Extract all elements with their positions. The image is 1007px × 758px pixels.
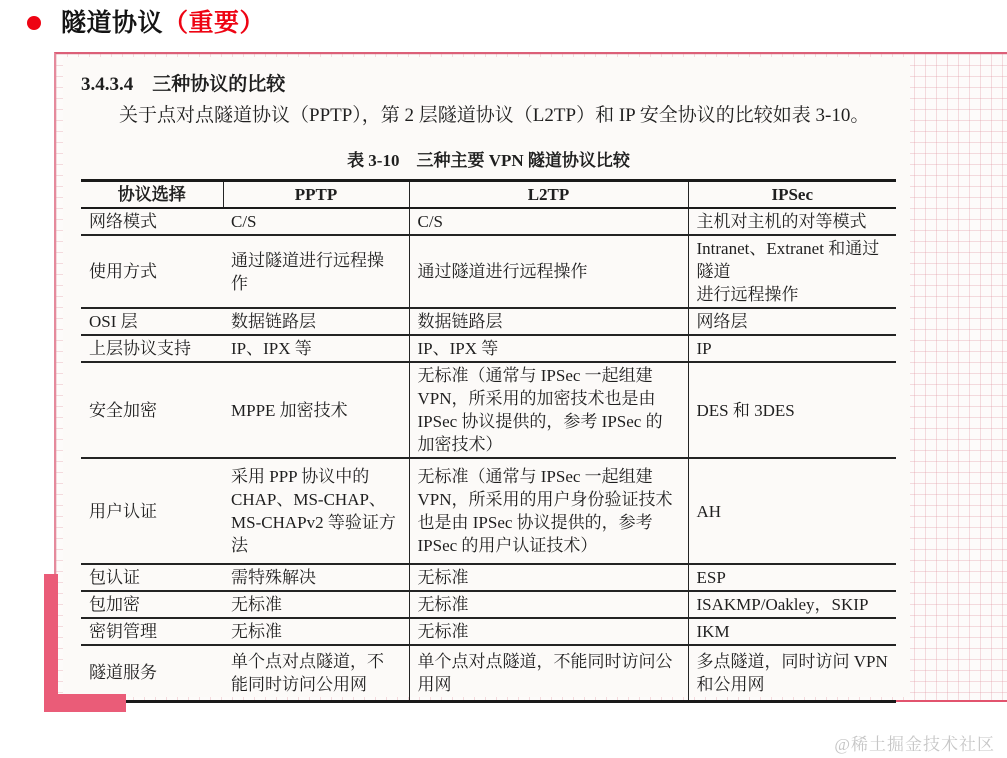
table-cell: 通过隧道进行远程操作 bbox=[409, 235, 688, 308]
table-row: 上层协议支持 IP、IPX 等 IP、IPX 等 IP bbox=[81, 335, 896, 362]
row-header: 网络模式 bbox=[81, 208, 223, 235]
row-header: 使用方式 bbox=[81, 235, 223, 308]
row-header: 安全加密 bbox=[81, 362, 223, 458]
table-row: 密钥管理 无标准 无标准 IKM bbox=[81, 618, 896, 645]
row-header: OSI 层 bbox=[81, 308, 223, 335]
scanned-page: 3.4.3.4 三种协议的比较 关于点对点隧道协议（PPTP），第 2 层隧道协… bbox=[63, 57, 910, 697]
vpn-protocol-comparison-table: 协议选择 PPTP L2TP IPSec 网络模式 C/S C/S 主机对主机的… bbox=[81, 179, 896, 703]
table-cell: IKM bbox=[688, 618, 896, 645]
corner-accent-vertical bbox=[44, 574, 58, 712]
table-cell: C/S bbox=[223, 208, 409, 235]
table-header-row: 协议选择 PPTP L2TP IPSec bbox=[81, 181, 896, 209]
table-cell: 数据链路层 bbox=[223, 308, 409, 335]
table-cell: ISAKMP/Oakley，SKIP bbox=[688, 591, 896, 618]
table-row: 安全加密 MPPE 加密技术 无标准（通常与 IPSec 一起组建 VPN，所采… bbox=[81, 362, 896, 458]
corner-accent-horizontal bbox=[44, 694, 126, 712]
table-cell: 单个点对点隧道，不能同时访问公用网 bbox=[223, 645, 409, 701]
page-title-highlight: （重要） bbox=[163, 9, 265, 37]
intro-paragraph: 关于点对点隧道协议（PPTP），第 2 层隧道协议（L2TP）和 IP 安全协议… bbox=[81, 100, 896, 131]
row-header: 用户认证 bbox=[81, 458, 223, 564]
table-cell: IP、IPX 等 bbox=[409, 335, 688, 362]
table-row: 网络模式 C/S C/S 主机对主机的对等模式 bbox=[81, 208, 896, 235]
section-heading: 3.4.3.4 三种协议的比较 bbox=[81, 69, 896, 96]
bullet-icon bbox=[27, 16, 41, 30]
table-cell: 无标准 bbox=[223, 618, 409, 645]
table-cell: 无标准 bbox=[223, 591, 409, 618]
table-cell: AH bbox=[688, 458, 896, 564]
table-cell: 通过隧道进行远程操作 bbox=[223, 235, 409, 308]
column-header: IPSec bbox=[688, 181, 896, 209]
table-row: 包认证 需特殊解决 无标准 ESP bbox=[81, 564, 896, 591]
table-cell: 单个点对点隧道，不能同时访问公用网 bbox=[409, 645, 688, 701]
table-cell: 无标准（通常与 IPSec 一起组建 VPN，所采用的用户身份验证技术也是由 I… bbox=[409, 458, 688, 564]
table-row: 隧道服务 单个点对点隧道，不能同时访问公用网 单个点对点隧道，不能同时访问公用网… bbox=[81, 645, 896, 701]
table-cell: 主机对主机的对等模式 bbox=[688, 208, 896, 235]
table-cell: IP bbox=[688, 335, 896, 362]
table-cell: ESP bbox=[688, 564, 896, 591]
table-cell: 无标准（通常与 IPSec 一起组建 VPN，所采用的加密技术也是由 IPSec… bbox=[409, 362, 688, 458]
page-title: 隧道协议（重要） bbox=[61, 7, 265, 39]
table-cell: C/S bbox=[409, 208, 688, 235]
table-cell: DES 和 3DES bbox=[688, 362, 896, 458]
table-cell: 无标准 bbox=[409, 618, 688, 645]
table-cell: Intranet、Extranet 和通过隧道 进行远程操作 bbox=[688, 235, 896, 308]
row-header: 密钥管理 bbox=[81, 618, 223, 645]
content-panel: 3.4.3.4 三种协议的比较 关于点对点隧道协议（PPTP），第 2 层隧道协… bbox=[54, 52, 1007, 702]
column-header: PPTP bbox=[223, 181, 409, 209]
row-header: 隧道服务 bbox=[81, 645, 223, 701]
table-cell: 采用 PPP 协议中的 CHAP、MS-CHAP、MS-CHAPv2 等验证方法 bbox=[223, 458, 409, 564]
column-header: 协议选择 bbox=[81, 181, 223, 209]
table-row: 使用方式 通过隧道进行远程操作 通过隧道进行远程操作 Intranet、Extr… bbox=[81, 235, 896, 308]
row-header: 包认证 bbox=[81, 564, 223, 591]
watermark: @稀土掘金技术社区 bbox=[834, 730, 995, 755]
table-row: 用户认证 采用 PPP 协议中的 CHAP、MS-CHAP、MS-CHAPv2 … bbox=[81, 458, 896, 564]
table-cell: 网络层 bbox=[688, 308, 896, 335]
table-cell: 数据链路层 bbox=[409, 308, 688, 335]
row-header: 上层协议支持 bbox=[81, 335, 223, 362]
table-row: OSI 层 数据链路层 数据链路层 网络层 bbox=[81, 308, 896, 335]
column-header: L2TP bbox=[409, 181, 688, 209]
table-cell: 无标准 bbox=[409, 564, 688, 591]
table-cell: 多点隧道，同时访问 VPN 和公用网 bbox=[688, 645, 896, 701]
row-header: 包加密 bbox=[81, 591, 223, 618]
table-cell: 无标准 bbox=[409, 591, 688, 618]
table-cell: IP、IPX 等 bbox=[223, 335, 409, 362]
table-caption: 表 3-10 三种主要 VPN 隧道协议比较 bbox=[81, 146, 896, 171]
table-cell: 需特殊解决 bbox=[223, 564, 409, 591]
table-row: 包加密 无标准 无标准 ISAKMP/Oakley，SKIP bbox=[81, 591, 896, 618]
page-title-text: 隧道协议 bbox=[61, 9, 163, 37]
table-cell: MPPE 加密技术 bbox=[223, 362, 409, 458]
